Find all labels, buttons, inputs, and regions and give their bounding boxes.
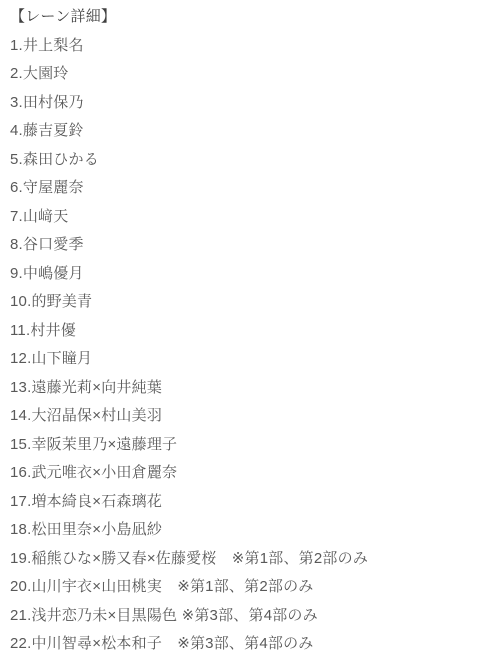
- list-item: 17.増本綺良×石森璃花: [10, 488, 484, 517]
- list-item: 21.浅井恋乃未×目黒陽色 ※第3部、第4部のみ: [10, 602, 484, 631]
- list-item: 16.武元唯衣×小田倉麗奈: [10, 459, 484, 488]
- list-item: 6.守屋麗奈: [10, 174, 484, 203]
- list-item: 5.森田ひかる: [10, 146, 484, 175]
- list-item: 13.遠藤光莉×向井純葉: [10, 374, 484, 403]
- page-title: 【レーン詳細】: [10, 3, 484, 32]
- list-item: 7.山﨑天: [10, 203, 484, 232]
- list-item: 20.山川宇衣×山田桃実 ※第1部、第2部のみ: [10, 573, 484, 602]
- list-item: 10.的野美青: [10, 288, 484, 317]
- list-item: 9.中嶋優月: [10, 260, 484, 289]
- list-item: 15.幸阪茉里乃×遠藤理子: [10, 431, 484, 460]
- list-item: 4.藤吉夏鈴: [10, 117, 484, 146]
- list-item: 8.谷口愛季: [10, 231, 484, 260]
- list-item: 11.村井優: [10, 317, 484, 346]
- lane-detail-page: 【レーン詳細】 1.井上梨名 2.大園玲 3.田村保乃 4.藤吉夏鈴 5.森田ひ…: [0, 0, 494, 656]
- list-item: 18.松田里奈×小島凪紗: [10, 516, 484, 545]
- list-item: 22.中川智尋×松本和子 ※第3部、第4部のみ: [10, 630, 484, 656]
- list-item: 12.山下瞳月: [10, 345, 484, 374]
- list-item: 2.大園玲: [10, 60, 484, 89]
- list-item: 14.大沼晶保×村山美羽: [10, 402, 484, 431]
- list-item: 3.田村保乃: [10, 89, 484, 118]
- list-item: 19.稲熊ひな×勝又春×佐藤愛桜 ※第1部、第2部のみ: [10, 545, 484, 574]
- list-item: 1.井上梨名: [10, 32, 484, 61]
